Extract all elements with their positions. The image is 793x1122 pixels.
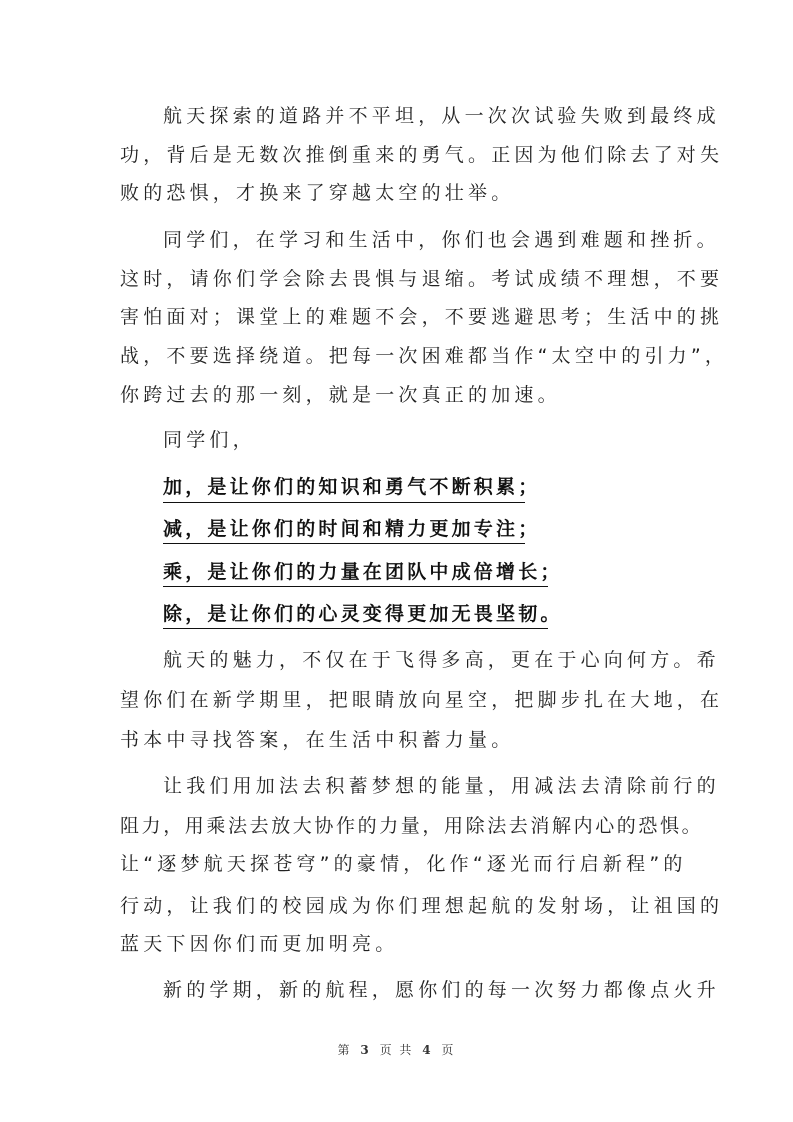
underline-divider xyxy=(163,543,525,544)
paragraph-line: 同学们，在学习和生活中，你们也会遇到难题和挫折。 xyxy=(163,228,720,252)
paragraph-line: 行动，让我们的校园成为你们理想起航的发射场，让祖国的 xyxy=(120,894,723,918)
paragraph-line: 望你们在新学期里，把眼睛放向星空，把脚步扎在大地，在 xyxy=(120,688,723,712)
paragraph-line: 败的恐惧，才换来了穿越太空的壮举。 xyxy=(120,181,514,205)
underline-divider xyxy=(163,586,548,587)
total-pages-number: 4 xyxy=(422,1043,432,1057)
underline-divider xyxy=(163,628,548,629)
footer-prefix: 第 xyxy=(338,1043,352,1057)
paragraph-line: 这时，请你们学会除去畏惧与退缩。考试成绩不理想，不要 xyxy=(120,267,723,291)
page-footer: 第 3 页 共 4 页 xyxy=(0,1042,793,1058)
paragraph-line: 阻力，用乘法去放大协作的力量，用除法去消解内心的恐惧。 xyxy=(120,814,703,838)
paragraph-line: 功，背后是无数次推倒重来的勇气。正因为他们除去了对失 xyxy=(120,143,723,167)
paragraph-line: 新的学期，新的航程，愿你们的每一次努力都像点火升 xyxy=(163,978,720,1002)
paragraph-line: 航天探索的道路并不平坦，从一次次试验失败到最终成 xyxy=(163,104,720,128)
highlight-line-subtract: 减，是让你们的时间和精力更加专注； xyxy=(163,517,540,541)
paragraph-line: 蓝天下因你们而更加明亮。 xyxy=(120,932,398,956)
highlight-line-add: 加，是让你们的知识和勇气不断积累； xyxy=(163,475,540,499)
paragraph-line: 航天的魅力，不仅在于飞得多高，更在于心向何方。希 xyxy=(163,648,720,672)
highlight-line-multiply: 乘，是让你们的力量在团队中成倍增长； xyxy=(163,560,563,584)
paragraph-line: 书本中寻找答案，在生活中积蓄力量。 xyxy=(120,728,514,752)
paragraph-line: 战，不要选择绕道。把每一次困难都当作“太空中的引力”， xyxy=(120,344,728,368)
footer-middle: 页 共 xyxy=(380,1043,414,1057)
underline-divider xyxy=(163,502,525,503)
current-page-number: 3 xyxy=(360,1043,370,1057)
salutation-line: 同学们， xyxy=(163,428,256,452)
paragraph-line: 害怕面对；课堂上的难题不会，不要逃避思考；生活中的挑 xyxy=(120,305,723,329)
highlight-line-divide: 除，是让你们的心灵变得更加无畏坚韧。 xyxy=(163,602,563,626)
document-page: 航天探索的道路并不平坦，从一次次试验失败到最终成 功，背后是无数次推倒重来的勇气… xyxy=(0,0,793,1122)
footer-suffix: 页 xyxy=(441,1043,455,1057)
paragraph-line: 让我们用加法去积蓄梦想的能量，用减法去清除前行的 xyxy=(163,774,720,798)
paragraph-line: 让“逐梦航天探苍穹”的豪情，化作“逐光而行启新程”的 xyxy=(120,852,687,876)
paragraph-line: 你跨过去的那一刻，就是一次真正的加速。 xyxy=(120,383,561,407)
